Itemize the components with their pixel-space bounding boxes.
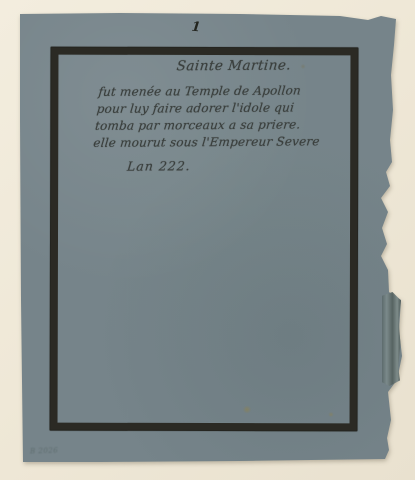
blue-paper-sheet: 1 Sainte Martine. fut menée au Temple de… — [0, 0, 415, 480]
manuscript-line: elle mourut sous l'Empereur Severe — [93, 133, 345, 152]
mounted-manuscript-photo: 1 Sainte Martine. fut menée au Temple de… — [0, 0, 415, 480]
paper-shadow-wrap: 1 Sainte Martine. fut menée au Temple de… — [0, 0, 415, 480]
manuscript-line: tomba par morceaux a sa priere. — [94, 116, 346, 135]
manuscript-date-line: Lan 222. — [126, 156, 342, 175]
pencil-inventory-mark: B 2026 — [30, 447, 58, 456]
manuscript-line: fut menée au Temple de Apollon — [98, 82, 350, 101]
manuscript-text-block: Sainte Martine. fut menée au Temple de A… — [90, 57, 351, 175]
page-number: 1 — [185, 19, 206, 36]
torn-edge-flap — [382, 292, 401, 386]
manuscript-title: Sainte Martine. — [128, 57, 340, 74]
manuscript-line: pour luy faire adorer l'idole qui — [96, 99, 348, 118]
